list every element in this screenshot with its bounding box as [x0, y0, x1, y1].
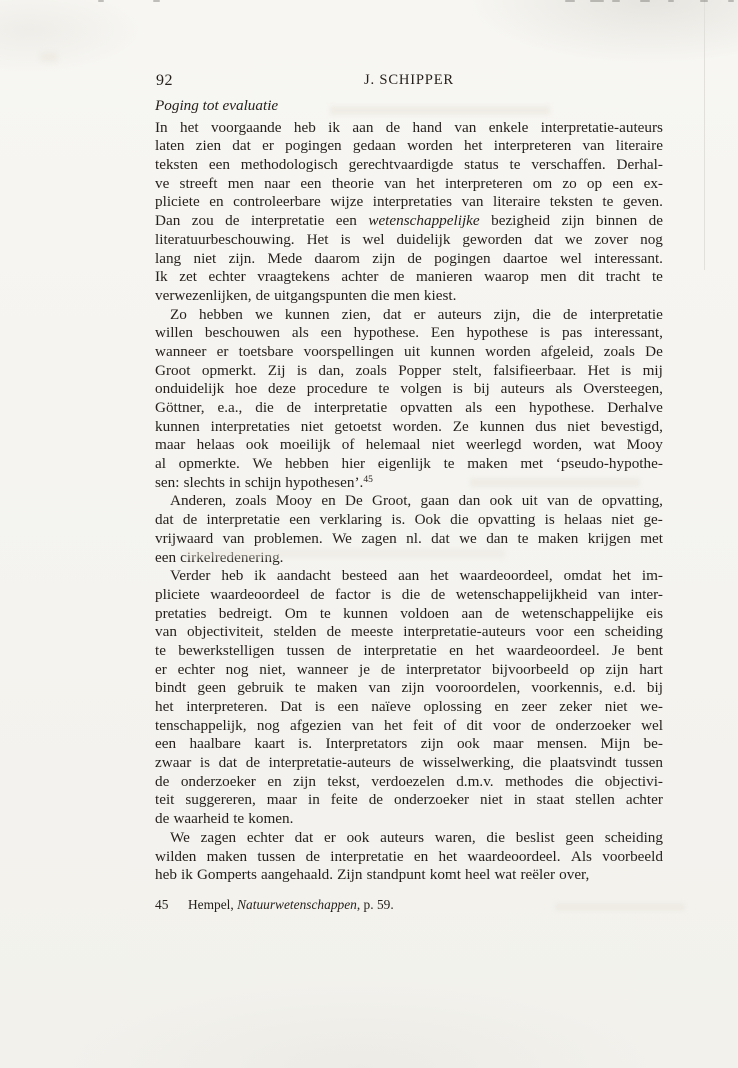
- text-line: bindtgeengebruiktemakenvanzijnvooroordel…: [155, 679, 663, 698]
- text-line: maarhelaasookmoeilijkofhelemaalnietweerl…: [155, 436, 663, 455]
- text-line: zwaarisdatdeinterpretatie-auteursdewisse…: [155, 754, 663, 773]
- text-line: langnietzijn.Mededaaromzijndepogingendaa…: [155, 250, 663, 269]
- text-line: vestreeftmennaareentheorievanhetinterpre…: [155, 175, 663, 194]
- text-line: tebewerkstelligentussendeinterpretatieen…: [155, 642, 663, 661]
- paragraph: Verderhebikaandachtbesteedaanhetwaardeoo…: [155, 567, 663, 829]
- text-line: hetinterpreteren.Datiseennaïeveoplossing…: [155, 698, 663, 717]
- text-line: vanobjectiviteit,steldendemeesteinterpre…: [155, 623, 663, 642]
- scan-artifact: [640, 0, 650, 2]
- text-line: wanneerertoetsbarevoorspellingenuitkunne…: [155, 343, 663, 362]
- text-line: Zohebbenwekunnenzien,daterauteurszijn,di…: [155, 306, 663, 325]
- text-line: alopmerkte.Wehebbenhiereigenlijktemakenm…: [155, 455, 663, 474]
- text-line: Ikzetechtervraagtekensachterdemanierenwa…: [155, 268, 663, 287]
- scan-artifact: [153, 0, 160, 2]
- text-line: vrijwaardvanproblemen.Wezagennl.datwedan…: [155, 530, 663, 549]
- text-line: latenziendaterpogingengedaanwordenhetint…: [155, 137, 663, 156]
- scan-artifact: [470, 478, 640, 487]
- scan-artifact: [728, 0, 734, 2]
- scan-artifact: [98, 0, 104, 2]
- text-line: Inhetvoorgaandehebikaandehandvanenkelein…: [155, 119, 663, 138]
- text-line: tenschappelijk,nogafgezienvanhetfeitofdi…: [155, 717, 663, 736]
- scan-artifact: [330, 106, 550, 115]
- scan-artifact: [555, 903, 685, 911]
- footnote-number: 45: [155, 896, 188, 913]
- page-body: Poging tot evaluatie Inhetvoorgaandehebi…: [155, 97, 663, 885]
- running-header: J. SCHIPPER: [155, 72, 663, 89]
- text-line: Danzoudeinterpretatieeenwetenschappelijk…: [155, 212, 663, 231]
- paragraphs-container: Inhetvoorgaandehebikaandehandvanenkelein…: [155, 119, 663, 885]
- scan-artifact: [590, 0, 604, 2]
- text-line: Verderhebikaandachtbesteedaanhetwaardeoo…: [155, 567, 663, 586]
- scan-artifact: [40, 52, 58, 62]
- scan-artifact: [704, 0, 705, 270]
- scan-artifact: [612, 0, 620, 2]
- text-line: pretatiesbedreigt.Omtekunnenvoldoenaande…: [155, 605, 663, 624]
- scanned-page: 92 J. SCHIPPER Poging tot evaluatie Inhe…: [0, 0, 738, 1068]
- scan-artifact: [565, 0, 575, 2]
- paragraph: Inhetvoorgaandehebikaandehandvanenkelein…: [155, 119, 663, 306]
- text-line: willenbeschouwenalseenhypothese.Eenhypot…: [155, 324, 663, 343]
- text-line: eenhaalbarekaartis.Interpretatorszijnook…: [155, 735, 663, 754]
- text-line: teksteneenmethodologischgerechtvaardigde…: [155, 156, 663, 175]
- text-line: hebikGompertsaangehaald.Zijnstandpuntkom…: [155, 866, 663, 885]
- text-line: onduidelijkhoedezeproceduretevolgenisbij…: [155, 380, 663, 399]
- text-line: erechternogniet,wanneerjedeinterpretator…: [155, 661, 663, 680]
- footnote-text: Hempel, Natuurwetenschappen, p. 59.: [188, 896, 394, 913]
- text-line: deonderzoekerenzijntekst,verdoezelend.m.…: [155, 773, 663, 792]
- text-line: Wezagenechterdaterookauteurswaren,diebes…: [155, 829, 663, 848]
- scan-artifact: [668, 0, 674, 2]
- paragraph: Zohebbenwekunnenzien,daterauteurszijn,di…: [155, 306, 663, 493]
- text-line: plicieteencontroleerbarewijzeinterpretat…: [155, 193, 663, 212]
- page-header: 92 J. SCHIPPER: [155, 72, 663, 92]
- text-line: dewaarheidtekomen.: [155, 810, 663, 829]
- text-line: plicietewaardeoordeeldefactorisdiedewete…: [155, 586, 663, 605]
- scan-artifact: [700, 0, 708, 2]
- text-line: Göttner,e.a.,diedeinterpretatieopvattena…: [155, 399, 663, 418]
- text-line: wildenmakentussendeinterpretatieenhetwaa…: [155, 848, 663, 867]
- text-line: kunneninterpretatiesnietgetoetstworden.Z…: [155, 418, 663, 437]
- text-line: Anderen,zoalsMooyenDeGroot,gaandanookuit…: [155, 492, 663, 511]
- text-line: teitsuggereren,maarinfeitedeonderzoekern…: [155, 791, 663, 810]
- paragraph: Wezagenechterdaterookauteurswaren,diebes…: [155, 829, 663, 885]
- text-line: verwezenlijken,deuitgangspuntendiemenkie…: [155, 287, 663, 306]
- text-line: datdeinterpretatieeenverklaringis.Ookdie…: [155, 511, 663, 530]
- page-number: 92: [156, 72, 173, 90]
- text-line: literatuurbeschouwing.Hetiswelduidelijkg…: [155, 231, 663, 250]
- text-line: Grootopmerkt.Zijisdan,zoalsPopperstelt,f…: [155, 362, 663, 381]
- scan-artifact: [185, 549, 505, 558]
